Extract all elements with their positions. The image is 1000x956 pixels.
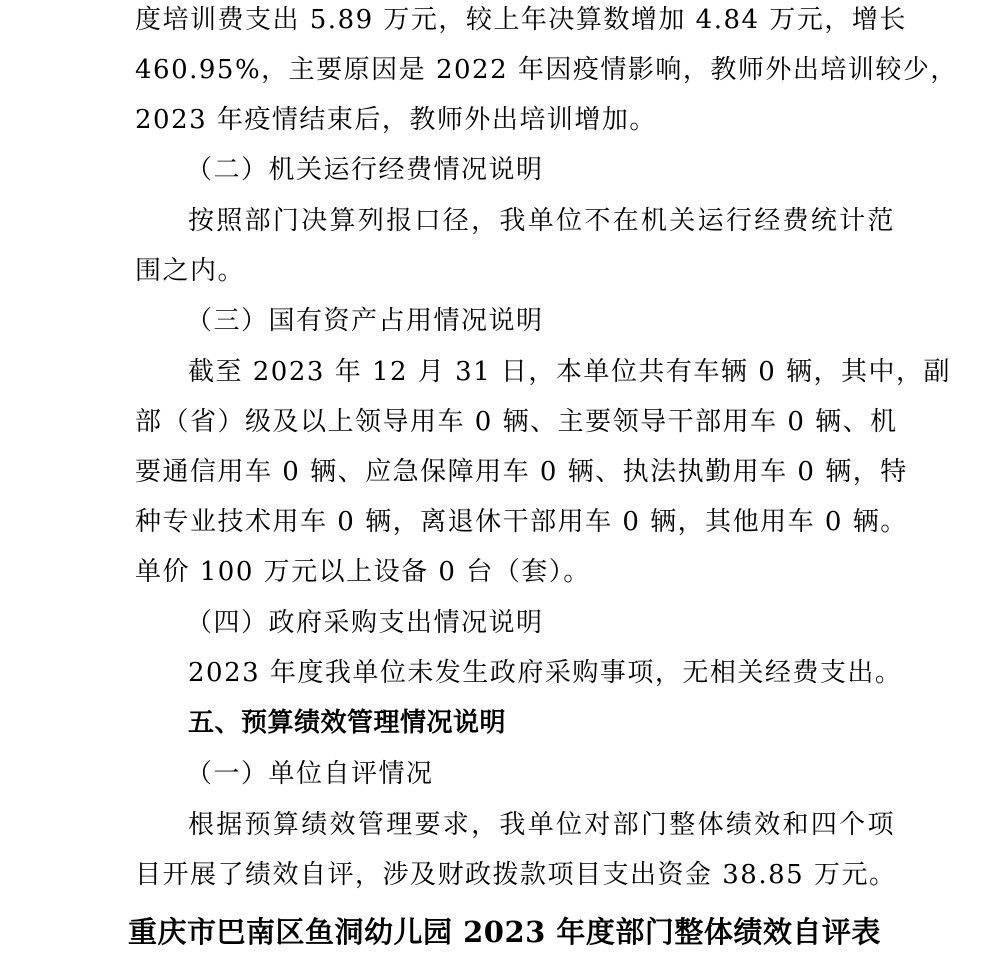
body-text-line: 按照部门决算列报口径，我单位不在机关运行经费统计范 bbox=[188, 204, 895, 238]
body-text-line: 2023 年疫情结束后，教师外出培训增加。 bbox=[135, 103, 895, 137]
body-text-line: 截至 2023 年 12 月 31 日，本单位共有车辆 0 辆，其中，副 bbox=[188, 355, 895, 389]
body-text-line: 单价 100 万元以上设备 0 台（套）。 bbox=[135, 555, 895, 589]
section-heading: （四）政府采购支出情况说明 bbox=[186, 606, 946, 640]
table-title: 重庆市巴南区鱼洞幼儿园 2023 年度部门整体绩效自评表 bbox=[128, 912, 881, 952]
body-text-line: 要通信用车 0 辆、应急保障用车 0 辆、执法执勤用车 0 辆，特 bbox=[135, 455, 895, 489]
section-heading: （一）单位自评情况 bbox=[186, 757, 946, 791]
body-text-line: 种专业技术用车 0 辆，离退休干部用车 0 辆，其他用车 0 辆。 bbox=[135, 505, 895, 539]
document-page: 度培训费支出 5.89 万元，较上年决算数增加 4.84 万元，增长 460.9… bbox=[0, 0, 1000, 956]
section-heading: （二）机关运行经费情况说明 bbox=[186, 153, 946, 187]
body-text-line: 部（省）级及以上领导用车 0 辆、主要领导干部用车 0 辆、机 bbox=[135, 405, 895, 439]
body-text-line: 目开展了绩效自评，涉及财政拨款项目支出资金 38.85 万元。 bbox=[135, 858, 895, 892]
section-heading: （三）国有资产占用情况说明 bbox=[186, 304, 946, 338]
body-text-line: 度培训费支出 5.89 万元，较上年决算数增加 4.84 万元，增长 bbox=[135, 3, 895, 37]
body-text-line: 根据预算绩效管理要求，我单位对部门整体绩效和四个项 bbox=[188, 808, 895, 842]
chapter-heading: 五、预算绩效管理情况说明 bbox=[188, 706, 948, 740]
body-text-line: 2023 年度我单位未发生政府采购事项，无相关经费支出。 bbox=[188, 656, 895, 690]
body-text-line: 围之内。 bbox=[135, 254, 895, 288]
body-text-line: 460.95%，主要原因是 2022 年因疫情影响，教师外出培训较少， bbox=[135, 53, 895, 87]
